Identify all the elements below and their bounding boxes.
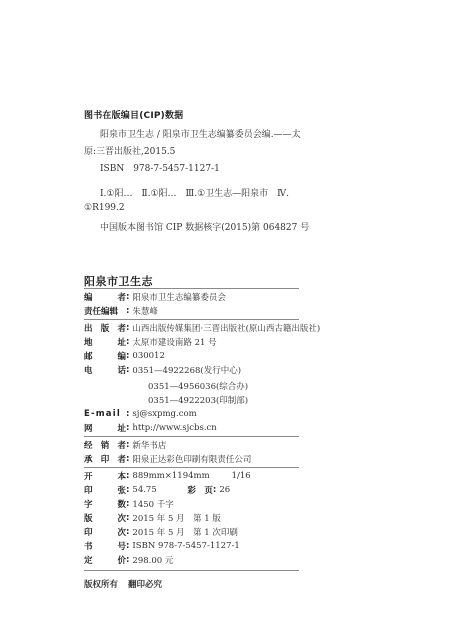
divider xyxy=(84,467,299,468)
distributor-value: 新华书店 xyxy=(132,439,166,451)
row-editor: 编者:阳泉市卫生志编纂委员会 xyxy=(84,291,226,303)
label: 版次 xyxy=(84,512,126,524)
word-count-value: 1450 千字 xyxy=(132,498,173,510)
format-extra: 1/16 xyxy=(232,471,251,481)
divider xyxy=(84,570,299,571)
label: 承印者 xyxy=(84,453,126,465)
divider xyxy=(84,288,299,289)
row-responsible-editor: 责任编辑:朱慧峰 xyxy=(84,305,158,317)
cip-line-1: 阳泉市卫生志 / 阳泉市卫生志编纂委员会编.——太 xyxy=(100,127,301,140)
cip-record-number: 中国版本图书馆 CIP 数据核字(2015)第 064827 号 xyxy=(100,220,309,233)
cip-heading: 图书在版编目(CIP)数据 xyxy=(84,108,183,121)
email-value[interactable]: sj@sxpmg.com xyxy=(132,409,196,419)
divider xyxy=(84,436,299,437)
copyright-notice: 版权所有翻印必究 xyxy=(84,578,162,590)
edition-value: 2015 年 5 月 第 1 版 xyxy=(132,512,220,524)
responsible-editor-value: 朱慧峰 xyxy=(132,305,158,317)
editor-value: 阳泉市卫生志编纂委员会 xyxy=(132,291,226,303)
row-sheets: 印张:54.75彩 页:26 xyxy=(84,484,230,496)
label: 地址 xyxy=(84,336,126,348)
postcode-value: 030012 xyxy=(132,351,164,361)
color-pages-label: 彩 页 xyxy=(187,484,213,496)
row-format: 开本:889mm×1194mm1/16 xyxy=(84,470,251,482)
cip-classification-code: ①R199.2 xyxy=(84,203,125,213)
color-pages-value: 26 xyxy=(219,485,230,495)
label: 书号 xyxy=(84,540,126,552)
label: E-mail xyxy=(84,409,126,419)
price-value: 298.00 元 xyxy=(132,554,173,566)
label: 印张 xyxy=(84,484,126,496)
row-word-count: 字数:1450 千字 xyxy=(84,498,174,510)
printer-value: 阳泉正达彩色印刷有限责任公司 xyxy=(132,453,251,465)
sheets-value: 54.75 xyxy=(132,485,187,495)
row-distributor: 经销者:新华书店 xyxy=(84,439,166,451)
cip-line-2: 原:三晋出版社,2015.5 xyxy=(84,144,175,157)
label: 经销者 xyxy=(84,439,126,451)
label: 印次 xyxy=(84,526,126,538)
phone-value-1: 0351—4922268(发行中心) xyxy=(132,364,241,376)
divider xyxy=(84,319,299,320)
row-website: 网址:http://www.sjcbs.cn xyxy=(84,422,217,434)
label: 责任编辑 xyxy=(84,305,126,317)
format-value: 889mm×1194mm xyxy=(132,471,209,481)
row-printing: 印次:2015 年 5 月 第 1 次印刷 xyxy=(84,526,238,538)
label: 字数 xyxy=(84,498,126,510)
label: 定价 xyxy=(84,554,126,566)
row-address: 地址:太原市建设南路 21 号 xyxy=(84,336,217,348)
row-price: 定价:298.00 元 xyxy=(84,554,173,566)
label: 邮编 xyxy=(84,350,126,362)
row-edition: 版次:2015 年 5 月 第 1 版 xyxy=(84,512,221,524)
cip-isbn: ISBN 978-7-5457-1127-1 xyxy=(100,161,220,174)
cip-classification: Ⅰ.①阳… Ⅱ.①阳… Ⅲ.①卫生志—阳泉市 Ⅳ. xyxy=(100,186,289,199)
book-title: 阳泉市卫生志 xyxy=(84,273,153,289)
row-postcode: 邮编:030012 xyxy=(84,350,165,362)
website-value[interactable]: http://www.sjcbs.cn xyxy=(132,423,216,433)
label: 电话 xyxy=(84,364,126,376)
label: 网址 xyxy=(84,422,126,434)
row-email: E-mail:sj@sxpmg.com xyxy=(84,408,197,420)
copyright-page: 图书在版编目(CIP)数据 阳泉市卫生志 / 阳泉市卫生志编纂委员会编.——太 … xyxy=(0,0,450,638)
all-rights-reserved: 版权所有 xyxy=(84,580,118,590)
phone-value-2: 0351—4956036(综合办) xyxy=(148,380,248,392)
row-isbn: 书号:ISBN 978-7-5457-1127-1 xyxy=(84,540,240,552)
piracy-prohibited: 翻印必究 xyxy=(128,580,162,590)
label: 编者 xyxy=(84,291,126,303)
publisher-value: 山西出版传媒集团·三晋出版社(原山西古籍出版社) xyxy=(132,322,320,334)
row-printer: 承印者:阳泉正达彩色印刷有限责任公司 xyxy=(84,453,251,465)
row-phone: 电话:0351—4922268(发行中心) xyxy=(84,364,241,376)
isbn-value: ISBN 978-7-5457-1127-1 xyxy=(132,541,239,551)
printing-value: 2015 年 5 月 第 1 次印刷 xyxy=(132,526,237,538)
row-publisher: 出版者:山西出版传媒集团·三晋出版社(原山西古籍出版社) xyxy=(84,322,320,334)
label: 开本 xyxy=(84,470,126,482)
address-value: 太原市建设南路 21 号 xyxy=(132,336,216,348)
label: 出版者 xyxy=(84,322,126,334)
phone-value-3: 0351—4922203(印制部) xyxy=(148,394,248,406)
